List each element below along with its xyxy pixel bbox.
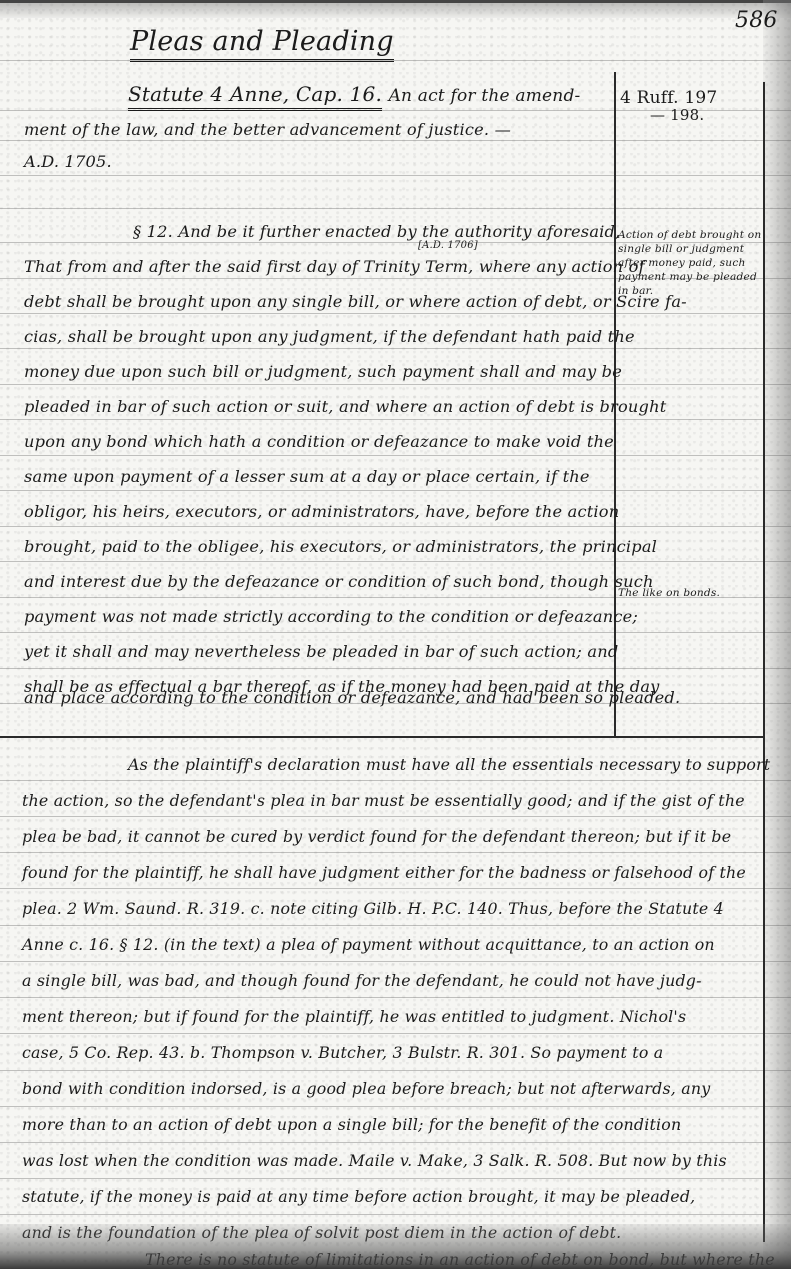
commentary-line: statute, if the money is paid at any tim…: [22, 1187, 695, 1206]
commentary-line: As the plaintiff's declaration must have…: [128, 755, 770, 774]
citation-ruff-line1: 4 Ruff. 197: [620, 88, 717, 108]
ruled-line: [0, 348, 791, 349]
section-line-last: and place according to the condition or …: [24, 688, 680, 707]
ruled-line: [0, 526, 791, 527]
section-line: payment was not made strictly according …: [24, 607, 638, 626]
statute-line-3: A.D. 1705.: [24, 152, 112, 171]
ruled-line: [0, 561, 791, 562]
commentary-line: a single bill, was bad, and though found…: [22, 971, 702, 990]
ruled-line: [0, 816, 791, 817]
ruled-line: [0, 384, 791, 385]
ruled-line: [0, 1142, 791, 1143]
ruled-line: [0, 1106, 791, 1107]
commentary-line: plea. 2 Wm. Saund. R. 319. c. note citin…: [22, 899, 724, 918]
commentary-line: found for the plaintiff, he shall have j…: [22, 863, 746, 882]
section-line: cias, shall be brought upon any judgment…: [24, 327, 635, 346]
ruled-line: [0, 852, 791, 853]
ruled-line: [0, 961, 791, 962]
section-line: brought, paid to the obligee, his execut…: [24, 537, 657, 556]
ruled-line: [0, 632, 791, 633]
ruled-line: [0, 668, 791, 669]
section-line: That from and after the said first day o…: [24, 257, 645, 276]
section-line: and interest due by the defeazance or co…: [24, 572, 654, 591]
section-line: debt shall be brought upon any single bi…: [24, 292, 687, 311]
commentary-line: bond with condition indorsed, is a good …: [22, 1079, 710, 1098]
date-insertion: [A.D. 1706]: [418, 240, 478, 251]
page-heading: Pleas and Pleading: [130, 26, 394, 62]
scan-top-edge: [0, 0, 791, 18]
section-line: pleaded in bar of such action or suit, a…: [24, 397, 666, 416]
section-line: money due upon such bill or judgment, su…: [24, 362, 622, 381]
scan-bottom-edge: [0, 1224, 791, 1269]
ruled-line: [0, 888, 791, 889]
section-divider: [0, 736, 765, 738]
ruled-line: [0, 419, 791, 420]
commentary-line: more than to an action of debt upon a si…: [22, 1115, 681, 1134]
statute-line-2: ment of the law, and the better advancem…: [24, 120, 511, 139]
commentary-line: case, 5 Co. Rep. 43. b. Thompson v. Butc…: [22, 1043, 663, 1062]
manuscript-page: 586 Pleas and Pleading Statute 4 Anne, C…: [0, 0, 791, 1269]
ruled-line: [0, 490, 791, 491]
section-line: yet it shall and may nevertheless be ple…: [24, 642, 618, 661]
statute-title-row: Statute 4 Anne, Cap. 16. An act for the …: [128, 82, 580, 106]
section-line: same upon payment of a lesser sum at a d…: [24, 467, 590, 486]
statute-title-tail: An act for the amend-: [389, 86, 581, 106]
scan-right-edge: [763, 0, 791, 1269]
ruled-line: [0, 1214, 791, 1215]
ruled-line: [0, 208, 791, 209]
page-number: 586: [735, 8, 778, 33]
citation-ruff-line2: — 198.: [650, 106, 704, 124]
margin-note-bonds: The like on bonds.: [618, 586, 758, 600]
section-line: upon any bond which hath a condition or …: [24, 432, 614, 451]
ruled-line: [0, 1033, 791, 1034]
commentary-line: ment thereon; but if found for the plain…: [22, 1007, 686, 1026]
ruled-line: [0, 997, 791, 998]
commentary-line: the action, so the defendant's plea in b…: [22, 791, 745, 810]
commentary-line: plea be bad, it cannot be cured by verdi…: [22, 827, 731, 846]
ruled-line: [0, 925, 791, 926]
commentary-line: Anne c. 16. § 12. (in the text) a plea o…: [22, 935, 715, 954]
ruled-line: [0, 175, 791, 176]
statute-title: Statute 4 Anne, Cap. 16.: [128, 82, 382, 111]
commentary-line: was lost when the condition was made. Ma…: [22, 1151, 727, 1170]
section-line: obligor, his heirs, executors, or admini…: [24, 502, 619, 521]
margin-note-single-bill: Action of debt brought on single bill or…: [618, 228, 763, 298]
ruled-line: [0, 1178, 791, 1179]
ruled-line: [0, 60, 791, 61]
ruled-line: [0, 455, 791, 456]
ruled-line: [0, 780, 791, 781]
ruled-line: [0, 1070, 791, 1071]
ruled-line: [0, 140, 791, 141]
section-line: § 12. And be it further enacted by the a…: [133, 222, 620, 241]
ruled-line: [0, 313, 791, 314]
right-column-rule: [763, 82, 765, 1242]
